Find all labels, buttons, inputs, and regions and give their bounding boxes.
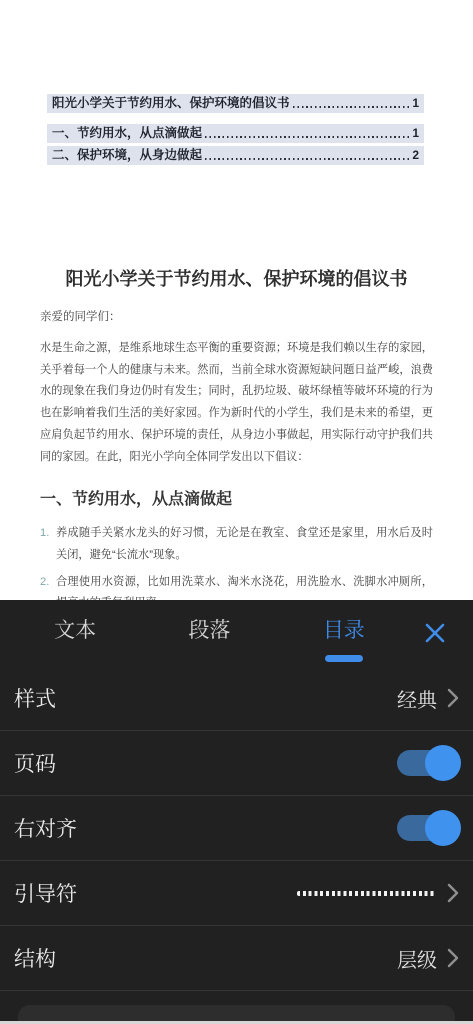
close-panel-button[interactable] (411, 600, 459, 666)
panel-tab-bar: 文本 段落 目录 (0, 600, 473, 666)
toc-entry-title: 一、节约用水，从点滴做起 (52, 124, 202, 143)
close-icon (423, 621, 447, 645)
structure-label: 结构 (14, 943, 397, 973)
list-item: 2. 合理使用水资源，比如用洗菜水、淘米水浇花，用洗脸水、洗脚水冲厕所，提高水的… (40, 572, 433, 600)
row-style[interactable]: 样式 经典 (0, 666, 473, 731)
toc-leader-dots (205, 136, 409, 138)
tab-toc[interactable]: 目录 (277, 600, 411, 666)
toc-leader-dots (205, 158, 409, 160)
settings-rows: 样式 经典 页码 右对齐 引 (0, 666, 473, 1023)
toc-entry[interactable]: 阳光小学关于节约用水、保护环境的倡议书 1 (47, 94, 424, 113)
app-screen: 阳光小学关于节约用水、保护环境的倡议书 1 一、节约用水，从点滴做起 1 二、保… (0, 0, 473, 1024)
row-structure[interactable]: 结构 层级 (0, 926, 473, 991)
toggle-knob (425, 745, 461, 781)
salutation: 亲爱的同学们： (40, 309, 433, 326)
style-label: 样式 (14, 683, 397, 713)
document-preview[interactable]: 阳光小学关于节约用水、保护环境的倡议书 1 一、节约用水，从点滴做起 1 二、保… (0, 0, 473, 600)
list-item-number: 1. (40, 523, 56, 566)
leader-label: 引导符 (14, 878, 297, 908)
tab-text[interactable]: 文本 (8, 600, 142, 666)
row-page-number: 页码 (0, 731, 473, 796)
document-title: 阳光小学关于节约用水、保护环境的倡议书 (40, 266, 433, 292)
leader-dotted-line-preview (297, 891, 435, 896)
page-number-toggle[interactable] (397, 745, 461, 781)
section-heading: 一、节约用水，从点滴做起 (40, 490, 433, 510)
tab-paragraph[interactable]: 段落 (142, 600, 276, 666)
active-tab-indicator (325, 655, 363, 662)
toc-entry[interactable]: 一、节约用水，从点滴做起 1 (47, 124, 424, 143)
toc-entry-title: 二、保护环境，从身边做起 (52, 146, 202, 165)
toc-entry-page: 2 (412, 146, 419, 165)
toggle-knob (425, 810, 461, 846)
page-number-label: 页码 (14, 748, 397, 778)
right-align-label: 右对齐 (14, 813, 397, 843)
toc-leader-dots (293, 106, 410, 108)
list-item-number: 2. (40, 572, 56, 600)
row-leader[interactable]: 引导符 (0, 861, 473, 926)
list-item-text: 合理使用水资源，比如用洗菜水、淘米水浇花，用洗脸水、洗脚水冲厕所，提高水的重复利… (56, 572, 433, 600)
tab-toc-label: 目录 (323, 619, 365, 642)
toc-field[interactable]: 阳光小学关于节约用水、保护环境的倡议书 1 一、节约用水，从点滴做起 1 二、保… (47, 94, 424, 165)
toc-entry-title: 阳光小学关于节约用水、保护环境的倡议书 (52, 94, 290, 113)
chevron-right-icon (447, 948, 459, 968)
toc-settings-panel: 文本 段落 目录 样式 经典 页码 (0, 600, 473, 1024)
chevron-right-icon (447, 883, 459, 903)
style-value: 经典 (397, 684, 437, 713)
structure-value: 层级 (397, 944, 437, 973)
toc-entry[interactable]: 二、保护环境，从身边做起 2 (47, 146, 424, 165)
list-item-text: 养成随手关紧水龙头的好习惯，无论是在教室、食堂还是家里，用水后及时关闭，避免“长… (56, 523, 433, 566)
intro-paragraph: 水是生命之源，是维系地球生态平衡的重要资源；环境是我们赖以生存的家园，关乎着每一… (40, 338, 433, 468)
numbered-list: 1. 养成随手关紧水龙头的好习惯，无论是在教室、食堂还是家里，用水后及时关闭，避… (40, 523, 433, 600)
row-right-align: 右对齐 (0, 796, 473, 861)
chevron-right-icon (447, 688, 459, 708)
list-item: 1. 养成随手关紧水龙头的好习惯，无论是在教室、食堂还是家里，用水后及时关闭，避… (40, 523, 433, 566)
toc-entry-page: 1 (412, 94, 419, 113)
toc-entry-page: 1 (412, 124, 419, 143)
right-align-toggle[interactable] (397, 810, 461, 846)
